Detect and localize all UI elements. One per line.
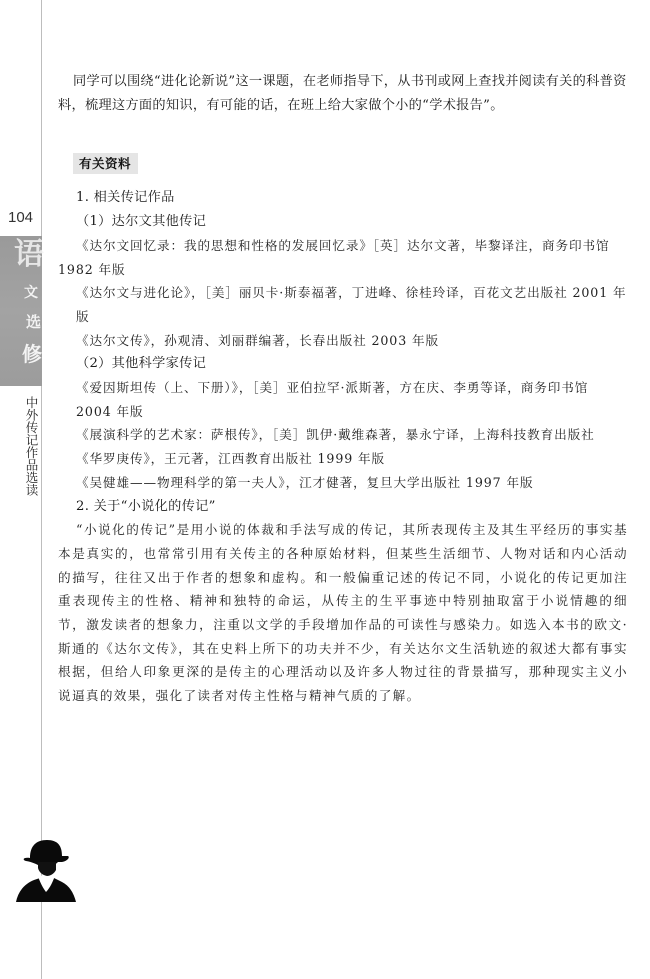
series-banner-char: 文 xyxy=(24,286,38,300)
page-content: 同学可以围绕“进化论新说”这一课题，在老师指导下，从书刊或网上查找并阅读有关的科… xyxy=(58,70,628,708)
intro-paragraph: 同学可以围绕“进化论新说”这一课题，在老师指导下，从书刊或网上查找并阅读有关的科… xyxy=(58,70,628,117)
part1-heading: 1. 相关传记作品 xyxy=(58,186,628,210)
section-label: 有关资料 xyxy=(73,153,138,174)
reference-item: 《爱因斯坦传（上、下册）》，［美］亚伯拉罕·派斯著，方在庆、李勇等译，商务印书馆… xyxy=(58,376,628,423)
reference-item: 《吴健雄——物理科学的第一夫人》，江才健著，复旦大学出版社 1997 年版 xyxy=(58,471,628,495)
margin-rule xyxy=(41,0,42,979)
series-banner-char: 选 xyxy=(26,315,41,330)
sub2-heading: （2）其他科学家传记 xyxy=(58,352,628,376)
reference-item: 《达尔文传》，孙观清、刘丽群编著，长春出版社 2003 年版 xyxy=(58,329,628,353)
series-banner-char: 语 xyxy=(14,240,44,270)
sub1-heading: （1）达尔文其他传记 xyxy=(58,210,628,234)
part2-heading: 2. 关于“小说化的传记” xyxy=(58,495,628,519)
series-banner-char: 修 xyxy=(22,344,42,364)
reference-item: 《展演科学的艺术家：萨根传》，［美］凯伊·戴维森著，暴永宁译，上海科技教育出版社 xyxy=(58,423,628,447)
book-vertical-title: 中外传记作品选读 xyxy=(24,396,38,496)
reference-item: 《达尔文与进化论》，［美］丽贝卡·斯泰福著，丁进峰、徐桂玲译，百花文艺出版社 2… xyxy=(58,281,628,328)
page-number: 104 xyxy=(8,209,33,226)
section-header: 有关资料 xyxy=(58,153,628,173)
reference-item: 《达尔文回忆录：我的思想和性格的发展回忆录》［英］达尔文著，毕黎译注，商务印书馆… xyxy=(58,234,628,281)
reference-item: 《华罗庚传》，王元著，江西教育出版社 1999 年版 xyxy=(58,447,628,471)
novelized-biography-paragraph: “小说化的传记”是用小说的体裁和手法写成的传记，其所表现传主及其生平经历的事实基… xyxy=(58,518,628,708)
portrait-silhouette-icon xyxy=(14,840,80,904)
series-banner: 语 文 选 修 xyxy=(0,236,42,386)
